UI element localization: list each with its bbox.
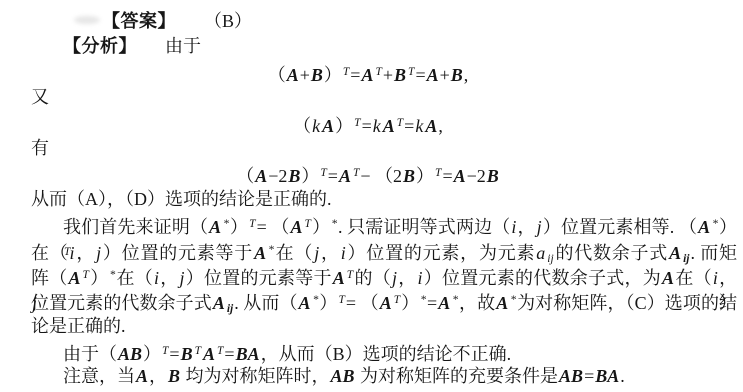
document-page: 【答案】（B）【分析】由于（A+B）T=AT+BT=A+B,又（kA）T=kAT… bbox=[0, 0, 743, 392]
math-superscript: * bbox=[510, 294, 516, 306]
math-superscript: * bbox=[420, 294, 426, 306]
math-italic: a bbox=[535, 243, 546, 263]
math-superscript: T bbox=[397, 117, 403, 129]
body-text: . 只需证明等式两边（ bbox=[338, 217, 510, 237]
math-bold-italic: BA bbox=[235, 344, 261, 364]
math-superscript: * bbox=[331, 218, 337, 230]
math-subscript: ij bbox=[227, 303, 233, 315]
body-text: −2 bbox=[467, 166, 486, 186]
math-bold-italic: A bbox=[253, 243, 267, 263]
heading-text: 【答案】 bbox=[102, 11, 176, 31]
math-bold-italic: A bbox=[338, 166, 352, 186]
math-superscript: T bbox=[305, 218, 311, 230]
formula-sum-transpose: （A+B）T=AT+BT=A+B, bbox=[31, 60, 737, 85]
math-bold-italic: A bbox=[68, 268, 82, 288]
body-text: = bbox=[328, 166, 338, 186]
body-text: ） bbox=[416, 166, 434, 186]
math-bold-italic: AB bbox=[558, 366, 584, 386]
proof-line-4: 位置元素的代数余子式Aij. 从而（A*）T= （AT）*=A*，故A*为对称矩… bbox=[31, 288, 737, 313]
heading-text: 【分析】 bbox=[63, 36, 137, 56]
proof-line-2: 在（i，j）位置的元素等于A*在（j，i）位置的元素，为元素aij的代数余子式A… bbox=[31, 238, 737, 263]
math-italic: j bbox=[179, 268, 186, 288]
body-text: ， bbox=[76, 243, 96, 263]
body-text: = bbox=[427, 293, 437, 313]
math-bold-italic: A bbox=[426, 65, 440, 85]
math-bold-italic: BA bbox=[594, 366, 620, 386]
math-italic: j bbox=[391, 268, 398, 288]
body-text: −2 bbox=[268, 166, 287, 186]
math-bold-italic: A bbox=[286, 65, 300, 85]
body-text: ， bbox=[149, 366, 167, 386]
body-text: = bbox=[169, 344, 179, 364]
body-text: 又 bbox=[31, 87, 49, 107]
math-superscript: T bbox=[249, 218, 255, 230]
math-bold-italic: A bbox=[437, 293, 451, 313]
body-text: ）位置元素的代数余子式，为 bbox=[424, 268, 662, 288]
proof-line-3: 阵（AT）*在（i，j）位置的元素等于AT的（j，i）位置元素的代数余子式，为A… bbox=[31, 263, 737, 288]
math-bold-italic: B bbox=[180, 344, 194, 364]
body-text: = bbox=[362, 116, 372, 136]
body-text: ，从而（B）选项的结论不正确. bbox=[261, 344, 512, 364]
math-bold-italic: B bbox=[402, 166, 416, 186]
body-text: ）位置的元素等于 bbox=[102, 243, 253, 263]
math-italic: k bbox=[372, 116, 382, 136]
math-bold-italic: B bbox=[486, 166, 500, 186]
math-bold-italic: A bbox=[379, 293, 393, 313]
conclusion-b-line: 由于（AB）T=BTAT=BA，从而（B）选项的结论不正确. bbox=[31, 339, 737, 364]
body-text: ） bbox=[335, 116, 353, 136]
body-text: ， bbox=[398, 268, 417, 288]
math-bold-italic: A bbox=[668, 243, 682, 263]
math-superscript: T bbox=[394, 294, 400, 306]
math-bold-italic: A bbox=[360, 65, 374, 85]
math-superscript: T bbox=[343, 66, 349, 78]
body-text: （ bbox=[236, 166, 254, 186]
connector-have: 有 bbox=[31, 136, 737, 161]
math-superscript: T bbox=[162, 345, 168, 357]
math-bold-italic: A bbox=[661, 268, 675, 288]
body-text: 为对称矩阵的充要条件是 bbox=[356, 366, 559, 386]
body-text: = bbox=[404, 116, 414, 136]
math-superscript: T bbox=[338, 294, 344, 306]
body-text: + bbox=[440, 65, 450, 85]
body-text: 在（ bbox=[31, 243, 69, 263]
body-text: 在（ bbox=[116, 268, 153, 288]
body-text: ） bbox=[230, 217, 248, 237]
body-text: ， bbox=[320, 243, 340, 263]
body-text: ） bbox=[143, 344, 161, 364]
body-text: − （2 bbox=[360, 166, 402, 186]
math-italic: k bbox=[414, 116, 424, 136]
body-text: 在（ bbox=[675, 268, 712, 288]
body-text: = bbox=[350, 65, 360, 85]
body-text: + bbox=[383, 65, 393, 85]
body-text: = bbox=[442, 166, 452, 186]
math-superscript: T bbox=[354, 117, 360, 129]
body-text: 的代数余子式 bbox=[555, 243, 668, 263]
body-text: . 而矩 bbox=[691, 243, 738, 263]
body-text: 的（ bbox=[354, 268, 391, 288]
math-bold-italic: A bbox=[254, 166, 268, 186]
body-text: 位置元素的代数余子式 bbox=[31, 293, 212, 313]
math-bold-italic: A bbox=[208, 217, 222, 237]
document-body: 【答案】（B）【分析】由于（A+B）T=AT+BT=A+B,又（kA）T=kAT… bbox=[0, 0, 743, 390]
math-superscript: T bbox=[83, 269, 89, 281]
body-text: （B） bbox=[204, 11, 252, 31]
answer-line: 【答案】（B） bbox=[31, 9, 737, 34]
math-superscript: T bbox=[195, 345, 201, 357]
body-text: , bbox=[438, 116, 443, 136]
math-superscript: T bbox=[347, 269, 353, 281]
math-superscript: * bbox=[452, 294, 458, 306]
math-bold-italic: A bbox=[212, 293, 226, 313]
math-italic: i bbox=[153, 268, 160, 288]
math-italic: i bbox=[712, 268, 719, 288]
math-superscript: * bbox=[313, 294, 319, 306]
body-text: = （ bbox=[346, 293, 379, 313]
body-text: ，故 bbox=[459, 293, 495, 313]
math-superscript: T bbox=[435, 167, 441, 179]
body-text: = bbox=[415, 65, 425, 85]
body-text: 为对称矩阵，（C）选项的结 bbox=[517, 293, 737, 313]
body-text: ， bbox=[719, 268, 737, 288]
math-superscript: T bbox=[353, 167, 359, 179]
body-text: ） bbox=[301, 166, 319, 186]
body-text: ） bbox=[312, 217, 330, 237]
body-text: . bbox=[620, 366, 625, 386]
body-text: 由于 bbox=[165, 36, 201, 56]
body-text: ） bbox=[319, 293, 337, 313]
body-text: 均为对称矩阵时， bbox=[181, 366, 330, 386]
math-superscript: T bbox=[408, 66, 414, 78]
body-text: 论是正确的. bbox=[31, 316, 126, 336]
math-bold-italic: B bbox=[450, 65, 464, 85]
body-text: 注意，当 bbox=[63, 366, 135, 386]
analysis-line: 【分析】由于 bbox=[31, 34, 737, 59]
math-superscript: * bbox=[712, 218, 718, 230]
math-superscript: T bbox=[375, 66, 381, 78]
body-text: ）位置元素相等. （ bbox=[543, 217, 697, 237]
body-text: = bbox=[584, 366, 594, 386]
math-bold-italic: A bbox=[332, 268, 346, 288]
math-italic: i bbox=[340, 243, 347, 263]
math-superscript: * bbox=[109, 269, 115, 281]
math-bold-italic: A bbox=[135, 366, 149, 386]
math-bold-italic: AB bbox=[330, 366, 356, 386]
body-text: ） bbox=[401, 293, 419, 313]
body-text: （ bbox=[293, 116, 311, 136]
body-text: ， bbox=[160, 268, 179, 288]
body-text: 在（ bbox=[275, 243, 313, 263]
body-text: 从而（A），（D）选项的结论是正确的. bbox=[31, 189, 332, 209]
math-italic: i bbox=[69, 243, 76, 263]
body-text: , bbox=[464, 65, 469, 85]
body-text: 有 bbox=[31, 138, 49, 158]
body-text: ）位置的元素，为元素 bbox=[347, 243, 536, 263]
conclusion-ad-line: 从而（A），（D）选项的结论是正确的. bbox=[31, 187, 737, 212]
body-text: ） bbox=[719, 217, 737, 237]
math-bold-italic: B bbox=[393, 65, 407, 85]
note-line: 注意，当A，B 均为对称矩阵时，AB 为对称矩阵的充要条件是AB=BA. bbox=[31, 364, 737, 389]
math-bold-italic: B bbox=[310, 65, 324, 85]
math-superscript: * bbox=[268, 244, 274, 256]
math-bold-italic: A bbox=[382, 116, 396, 136]
body-text: = bbox=[224, 344, 234, 364]
body-text: . 从而（ bbox=[234, 293, 297, 313]
math-superscript: T bbox=[217, 345, 223, 357]
body-text: 阵（ bbox=[31, 268, 68, 288]
math-bold-italic: A bbox=[298, 293, 312, 313]
math-bold-italic: A bbox=[424, 116, 438, 136]
body-text: ）位置的元素等于 bbox=[186, 268, 332, 288]
math-bold-italic: A bbox=[697, 217, 711, 237]
formula-scalar-transpose: （kA）T=kAT=kA, bbox=[31, 111, 737, 136]
proof-line-1: 我们首先来证明（A*）T= （AT）*. 只需证明等式两边（i，j）位置元素相等… bbox=[31, 212, 737, 237]
body-text: ） bbox=[324, 65, 342, 85]
body-text: = （ bbox=[257, 217, 290, 237]
math-italic: k bbox=[311, 116, 321, 136]
math-bold-italic: B bbox=[167, 366, 181, 386]
connector-you: 又 bbox=[31, 85, 737, 110]
math-bold-italic: A bbox=[453, 166, 467, 186]
body-text: 由于（ bbox=[63, 344, 117, 364]
math-bold-italic: A bbox=[202, 344, 216, 364]
math-bold-italic: B bbox=[287, 166, 301, 186]
formula-difference-transpose: （A−2B）T=AT− （2B）T=A−2B bbox=[31, 161, 737, 186]
math-superscript: T bbox=[320, 167, 326, 179]
math-superscript: * bbox=[223, 218, 229, 230]
body-text: 我们首先来证明（ bbox=[63, 217, 208, 237]
math-italic: i bbox=[417, 268, 424, 288]
math-bold-italic: A bbox=[321, 116, 335, 136]
proof-line-5: 论是正确的. bbox=[31, 314, 737, 339]
math-bold-italic: A bbox=[495, 293, 509, 313]
math-italic: j bbox=[536, 217, 543, 237]
body-text: （ bbox=[268, 65, 286, 85]
body-text: + bbox=[300, 65, 310, 85]
math-bold-italic: AB bbox=[117, 344, 143, 364]
math-bold-italic: A bbox=[290, 217, 304, 237]
body-text: ） bbox=[90, 268, 109, 288]
body-text: ， bbox=[517, 217, 535, 237]
